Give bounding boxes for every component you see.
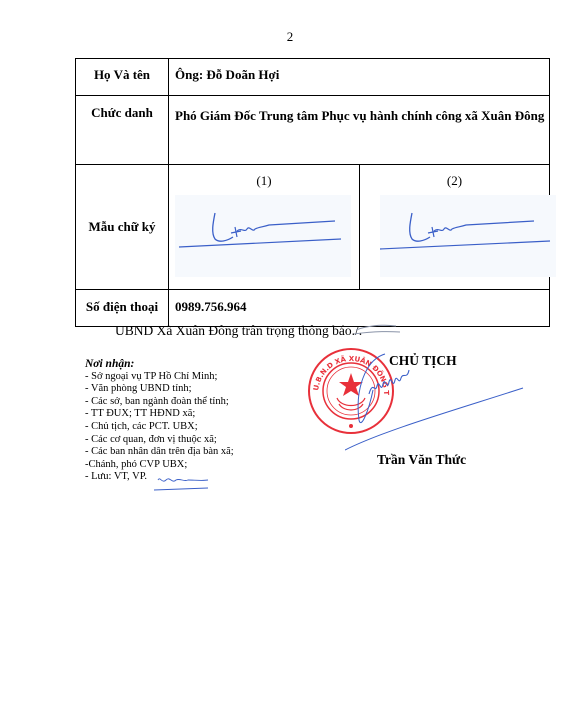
initial-signature-icon xyxy=(352,322,402,338)
signature-sample-number: (1) xyxy=(169,173,359,189)
official-info-table: Họ Và tên Ông: Đỗ Doãn Hợi Chức danh Phó… xyxy=(75,58,550,327)
recipient-item: - Chủ tịch, các PCT. UBX; xyxy=(85,421,234,434)
table-row: Chức danh Phó Giám Đốc Trung tâm Phục vụ… xyxy=(76,96,550,165)
table-row: Họ Và tên Ông: Đỗ Doãn Hợi xyxy=(76,59,550,96)
notice-text: UBND Xã Xuân Đông trân trọng thông báo./… xyxy=(115,323,362,339)
recipient-item: - Sở ngoại vụ TP Hồ Chí Minh; xyxy=(85,371,234,384)
label-full-name: Họ Và tên xyxy=(76,59,169,96)
recipient-item: -Chánh, phó CVP UBX; xyxy=(85,459,234,472)
handwritten-signature-icon xyxy=(175,197,351,279)
recipient-item: - Văn phòng UBND tỉnh; xyxy=(85,383,234,396)
label-phone: Số điện thoại xyxy=(76,290,169,327)
table-row: Mẫu chữ ký (1) (2) xyxy=(76,165,550,290)
value-phone: 0989.756.964 xyxy=(169,290,550,327)
recipients-title: Nơi nhận: xyxy=(85,358,234,371)
label-signature-sample: Mẫu chữ ký xyxy=(76,165,169,290)
signature-sample-number: (2) xyxy=(360,173,549,189)
page-number: 2 xyxy=(0,29,580,45)
recipient-item: - Các sở, ban ngành đoàn thể tỉnh; xyxy=(85,396,234,409)
chairman-signature-icon xyxy=(345,350,525,460)
signature-sample-2: (2) xyxy=(360,165,550,290)
table-row: Số điện thoại 0989.756.964 xyxy=(76,290,550,327)
recipient-item: - TT ĐUX; TT HĐND xã; xyxy=(85,408,234,421)
recipients-block: Nơi nhận: - Sở ngoại vụ TP Hồ Chí Minh; … xyxy=(85,358,234,484)
signatory-name: Trần Văn Thức xyxy=(377,452,466,468)
recipient-item: - Các cơ quan, đơn vị thuộc xã; xyxy=(85,434,234,447)
value-position: Phó Giám Đốc Trung tâm Phục vụ hành chín… xyxy=(169,96,550,165)
value-full-name: Ông: Đỗ Doãn Hợi xyxy=(169,59,550,96)
signature-sample-1: (1) xyxy=(169,165,360,290)
handwritten-signature-icon xyxy=(380,197,556,279)
initial-signature-icon xyxy=(150,474,212,494)
recipient-item: - Các ban nhân dân trên địa bàn xã; xyxy=(85,446,234,459)
label-position: Chức danh xyxy=(76,96,169,165)
